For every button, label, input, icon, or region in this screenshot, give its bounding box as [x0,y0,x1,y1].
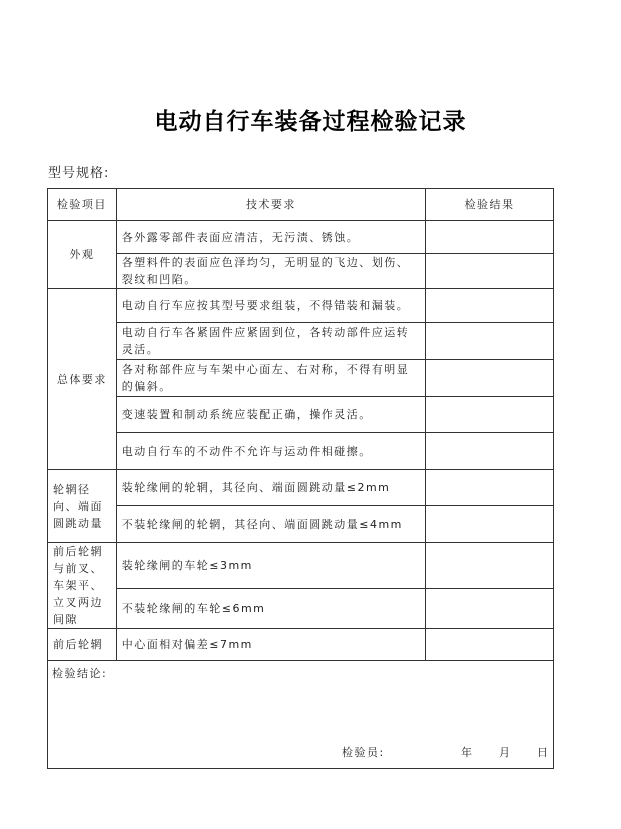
item-general-requirements: 总体要求 [48,289,117,470]
table-row: 各对称部件应与车架中心面左、右对称，不得有明显的偏斜。 [48,360,554,397]
result-cell[interactable] [426,588,554,628]
table-row: 前后轮辋 中心面相对偏差≤7mm [48,629,554,661]
month-label: 月 [499,744,512,761]
model-spec-label: 型号规格: [48,162,109,181]
table-row: 不装轮缘闸的车轮≤6mm [48,588,554,628]
item-rim-fork-clearance: 前后轮辋与前叉、车架平、立叉两边间隙 [48,543,117,629]
signature-line: 检验员: 年 月 日 [48,744,553,760]
table-header-row: 检验项目 技术要求 检验结果 [48,189,554,221]
result-cell[interactable] [426,221,554,254]
requirement-cell: 变速装置和制动系统应装配正确，操作灵活。 [116,397,425,433]
requirement-cell: 不装轮缘闸的轮辋，其径向、端面圆跳动量≤4mm [116,506,425,543]
table-row: 不装轮缘闸的轮辋，其径向、端面圆跳动量≤4mm [48,506,554,543]
result-cell[interactable] [426,254,554,289]
year-label: 年 [461,744,474,761]
inspector-label: 检验员: [342,744,385,761]
result-cell[interactable] [426,470,554,506]
table-row: 电动自行车的不动件不允许与运动件相碰擦。 [48,433,554,470]
table-row: 前后轮辋与前叉、车架平、立叉两边间隙 装轮缘闸的车轮≤3mm [48,543,554,589]
table-row: 轮辋径向、端面圆跳动量 装轮缘闸的轮辋，其径向、端面圆跳动量≤2mm [48,470,554,506]
result-cell[interactable] [426,433,554,470]
requirement-cell: 电动自行车应按其型号要求组装，不得错装和漏装。 [116,289,425,323]
table-row: 各塑料件的表面应色泽均匀，无明显的飞边、划伤、裂纹和凹陷。 [48,254,554,289]
item-appearance: 外观 [48,221,117,289]
requirement-cell: 不装轮缘闸的车轮≤6mm [116,588,425,628]
table-row: 变速装置和制动系统应装配正确，操作灵活。 [48,397,554,433]
result-cell[interactable] [426,289,554,323]
result-cell[interactable] [426,543,554,589]
requirement-cell: 中心面相对偏差≤7mm [116,629,425,661]
item-front-rear-rim: 前后轮辋 [48,629,117,661]
result-cell[interactable] [426,397,554,433]
result-cell[interactable] [426,629,554,661]
header-inspection-item: 检验项目 [48,189,117,221]
requirement-cell: 各外露零部件表面应清洁，无污渍、锈蚀。 [116,221,425,254]
result-cell[interactable] [426,360,554,397]
result-cell[interactable] [426,506,554,543]
requirement-cell: 装轮缘闸的车轮≤3mm [116,543,425,589]
conclusion-label: 检验结论: [52,665,107,682]
table-row: 电动自行车各紧固件应紧固到位，各转动部件应运转灵活。 [48,323,554,360]
conclusion-cell[interactable]: 检验结论: 检验员: 年 月 日 [48,661,554,769]
table-row: 外观 各外露零部件表面应清洁，无污渍、锈蚀。 [48,221,554,254]
document-title: 电动自行车装备过程检验记录 [0,103,621,136]
result-cell[interactable] [426,323,554,360]
requirement-cell: 装轮缘闸的轮辋，其径向、端面圆跳动量≤2mm [116,470,425,506]
requirement-cell: 电动自行车的不动件不允许与运动件相碰擦。 [116,433,425,470]
inspection-record-table: 检验项目 技术要求 检验结果 外观 各外露零部件表面应清洁，无污渍、锈蚀。 各塑… [47,188,554,769]
requirement-cell: 各对称部件应与车架中心面左、右对称，不得有明显的偏斜。 [116,360,425,397]
header-technical-requirement: 技术要求 [116,189,425,221]
requirement-cell: 电动自行车各紧固件应紧固到位，各转动部件应运转灵活。 [116,323,425,360]
item-rim-runout: 轮辋径向、端面圆跳动量 [48,470,117,543]
day-label: 日 [537,744,550,761]
requirement-cell: 各塑料件的表面应色泽均匀，无明显的飞边、划伤、裂纹和凹陷。 [116,254,425,289]
header-inspection-result: 检验结果 [426,189,554,221]
table-row: 总体要求 电动自行车应按其型号要求组装，不得错装和漏装。 [48,289,554,323]
conclusion-row: 检验结论: 检验员: 年 月 日 [48,661,554,769]
